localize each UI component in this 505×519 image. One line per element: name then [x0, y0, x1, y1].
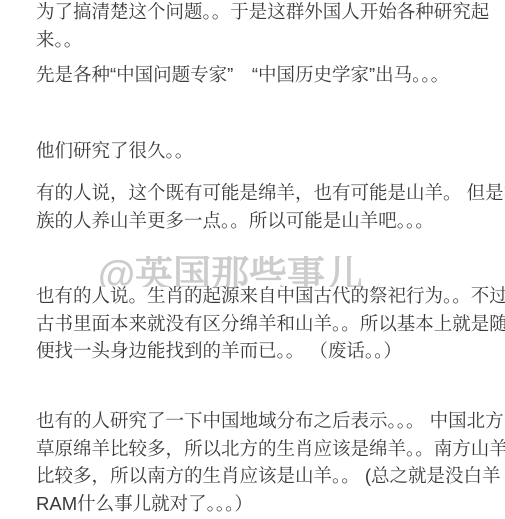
text-line: 先是各种“中国问题专家” “中国历史学家”出马。。。 [36, 61, 502, 89]
text-line: 族的人养山羊更多一点。。所以可能是山羊吧。。。 [36, 207, 502, 235]
paragraph-intro: 为了搞清楚这个问题。。于是这群外国人开始各种研究起 来。。 [36, 0, 502, 53]
page: { "page": { "background_color": "#ffffff… [0, 0, 505, 519]
text-line: RAM什么事儿就对了。。。） [36, 490, 502, 518]
text-line: 便找一头身边能找到的羊而已。。 （废话。。） [36, 337, 502, 365]
text-line: 有的人说，这个既有可能是绵羊，也有可能是山羊。 但是汉 [36, 179, 502, 207]
paragraph-opinion-ritual: 也有的人说。生肖的起源来自中国古代的祭祀行为。。不过 古书里面本来就没有区分绵羊… [36, 282, 502, 365]
text-line: 他们研究了很久。。 [36, 137, 502, 165]
paragraph-experts: 先是各种“中国问题专家” “中国历史学家”出马。。。 [36, 61, 502, 89]
text-line: 也有的人说。生肖的起源来自中国古代的祭祀行为。。不过 [36, 282, 502, 310]
paragraph-opinion-regional: 也有的人研究了一下中国地域分布之后表示。。。 中国北方 草原绵羊比较多，所以北方… [36, 407, 502, 517]
text-line: 古书里面本来就没有区分绵羊和山羊。。所以基本上就是随 [36, 310, 502, 338]
article-canvas: @英国那些事儿 为了搞清楚这个问题。。于是这群外国人开始各种研究起 来。。 先是… [0, 0, 505, 519]
paragraph-research: 他们研究了很久。。 [36, 137, 502, 165]
text-line: 为了搞清楚这个问题。。于是这群外国人开始各种研究起 [36, 0, 502, 26]
text-line: 比较多，所以南方的生肖应该是山羊。。 (总之就是没白羊 [36, 462, 502, 490]
text-line: 来。。 [36, 26, 502, 54]
paragraph-opinion-goat: 有的人说，这个既有可能是绵羊，也有可能是山羊。 但是汉 族的人养山羊更多一点。。… [36, 179, 502, 234]
text-line: 也有的人研究了一下中国地域分布之后表示。。。 中国北方 [36, 407, 502, 435]
text-line: 草原绵羊比较多，所以北方的生肖应该是绵羊。。南方山羊 [36, 435, 502, 463]
